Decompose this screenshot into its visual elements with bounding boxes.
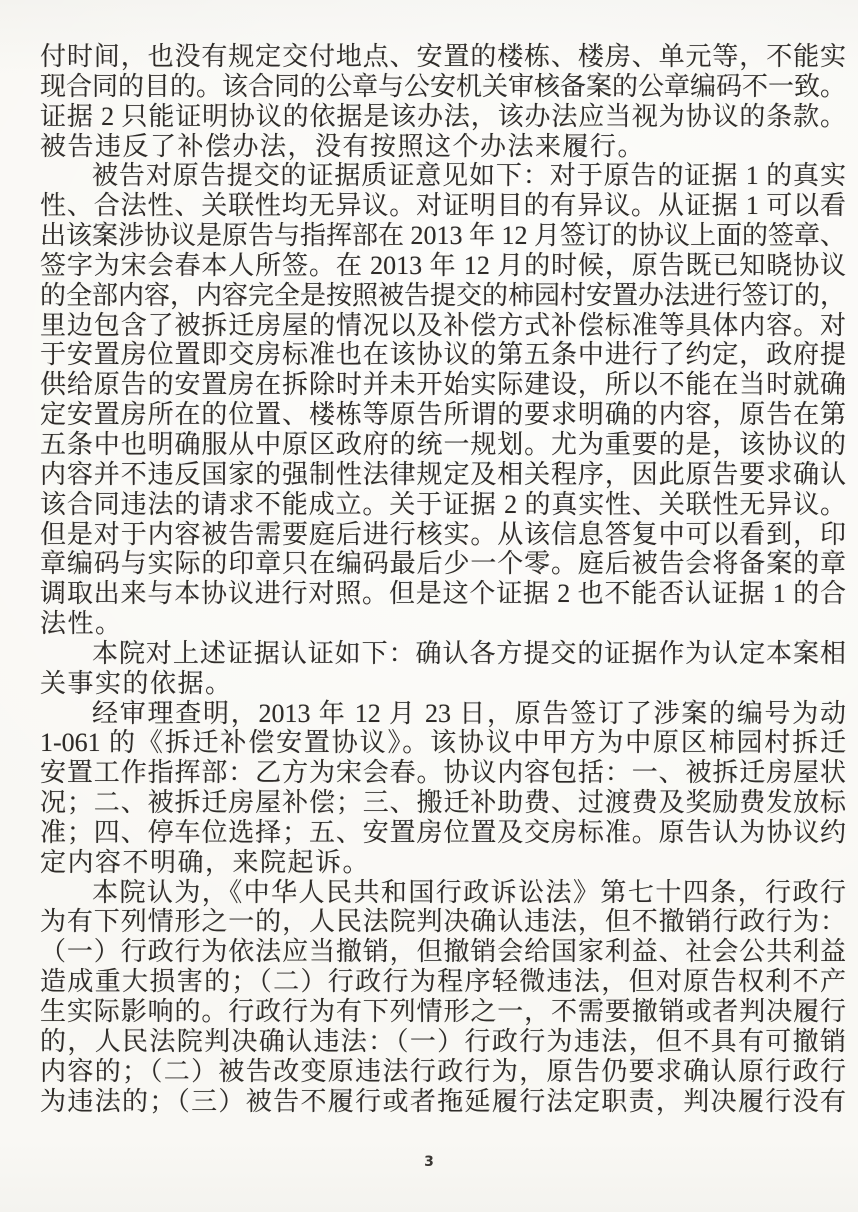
text-line: 该合同违法的请求不能成立。关于证据 2 的真实性、关联性无异议。 bbox=[40, 490, 846, 520]
text-line: 内容并不违反国家的强制性法律规定及相关程序，因此原告要求确认 bbox=[40, 460, 846, 490]
text-line: 证据 2 只能证明协议的依据是该办法，该办法应当视为协议的条款。 bbox=[40, 102, 846, 132]
text-line: 章编码与实际的印章只在编码最后少一个零。庭后被告会将备案的章 bbox=[40, 549, 846, 579]
document-text-body: 付时间，也没有规定交付地点、安置的楼栋、楼房、单元等，不能实现合同的目的。该合同… bbox=[40, 42, 846, 1116]
text-line: 法性。 bbox=[40, 609, 846, 639]
text-line: 经审理查明，2013 年 12 月 23 日，原告签订了涉案的编号为动 bbox=[40, 699, 846, 729]
text-line: 供给原告的安置房在拆除时并未开始实际建设，所以不能在当时就确 bbox=[40, 370, 846, 400]
text-line: 但是对于内容被告需要庭后进行核实。从该信息答复中可以看到，印 bbox=[40, 520, 846, 550]
text-line: 安置工作指挥部：乙方为宋会春。协议内容包括：一、被拆迁房屋状 bbox=[40, 758, 846, 788]
text-line: 现合同的目的。该合同的公章与公安机关审核备案的公章编码不一致。 bbox=[40, 72, 846, 102]
text-line: 调取出来与本协议进行对照。但是这个证据 2 也不能否认证据 1 的合 bbox=[40, 579, 846, 609]
text-line: 造成重大损害的；（二）行政行为程序轻微违法，但对原告权利不产 bbox=[40, 967, 846, 997]
text-line: 为违法的；（三）被告不履行或者拖延履行法定职责，判决履行没有 bbox=[40, 1087, 846, 1117]
text-line: 本院认为，《中华人民共和国行政诉讼法》第七十四条，行政行 bbox=[40, 878, 846, 908]
text-line: 出该案涉协议是原告与指挥部在 2013 年 12 月签订的协议上面的签章、 bbox=[40, 221, 846, 251]
text-line: 关事实的依据。 bbox=[40, 669, 846, 699]
text-line: （一）行政行为依法应当撤销，但撤销会给国家利益、社会公共利益 bbox=[40, 937, 846, 967]
text-line: 付时间，也没有规定交付地点、安置的楼栋、楼房、单元等，不能实 bbox=[40, 42, 846, 72]
text-line: 定安置房所在的位置、楼栋等原告所谓的要求明确的内容，原告在第 bbox=[40, 400, 846, 430]
scanned-document-page: 付时间，也没有规定交付地点、安置的楼栋、楼房、单元等，不能实现合同的目的。该合同… bbox=[0, 0, 858, 1212]
page-number: 3 bbox=[0, 1154, 858, 1170]
text-line: 签字为宋会春本人所签。在 2013 年 12 月的时候，原告既已知晓协议 bbox=[40, 251, 846, 281]
text-line: 为有下列情形之一的，人民法院判决确认违法，但不撤销行政行为： bbox=[40, 907, 846, 937]
text-line: 五条中也明确服从中原区政府的统一规划。尤为重要的是，该协议的 bbox=[40, 430, 846, 460]
text-line: 的，人民法院判决确认违法：（一）行政行为违法，但不具有可撤销 bbox=[40, 1027, 846, 1057]
text-line: 内容的；（二）被告改变原违法行政行为，原告仍要求确认原行政行 bbox=[40, 1057, 846, 1087]
text-line: 性、合法性、关联性均无异议。对证明目的有异议。从证据 1 可以看 bbox=[40, 191, 846, 221]
text-line: 里边包含了被拆迁房屋的情况以及补偿方式补偿标准等具体内容。对 bbox=[40, 311, 846, 341]
text-line: 于安置房位置即交房标准也在该协议的第五条中进行了约定，政府提 bbox=[40, 340, 846, 370]
text-line: 况；二、被拆迁房屋补偿；三、搬迁补助费、过渡费及奖励费发放标 bbox=[40, 788, 846, 818]
text-line: 定内容不明确，来院起诉。 bbox=[40, 848, 846, 878]
text-line: 1-061 的《拆迁补偿安置协议》。该协议中甲方为中原区柿园村拆迁 bbox=[40, 728, 846, 758]
text-line: 本院对上述证据认证如下：确认各方提交的证据作为认定本案相 bbox=[40, 639, 846, 669]
text-line: 的全部内容，内容完全是按照被告提交的柿园村安置办法进行签订的， bbox=[40, 281, 846, 311]
text-line: 被告违反了补偿办法，没有按照这个办法来履行。 bbox=[40, 132, 846, 162]
text-line: 准；四、停车位选择；五、安置房位置及交房标准。原告认为协议约 bbox=[40, 818, 846, 848]
text-line: 被告对原告提交的证据质证意见如下：对于原告的证据 1 的真实 bbox=[40, 161, 846, 191]
text-line: 生实际影响的。行政行为有下列情形之一，不需要撤销或者判决履行 bbox=[40, 997, 846, 1027]
